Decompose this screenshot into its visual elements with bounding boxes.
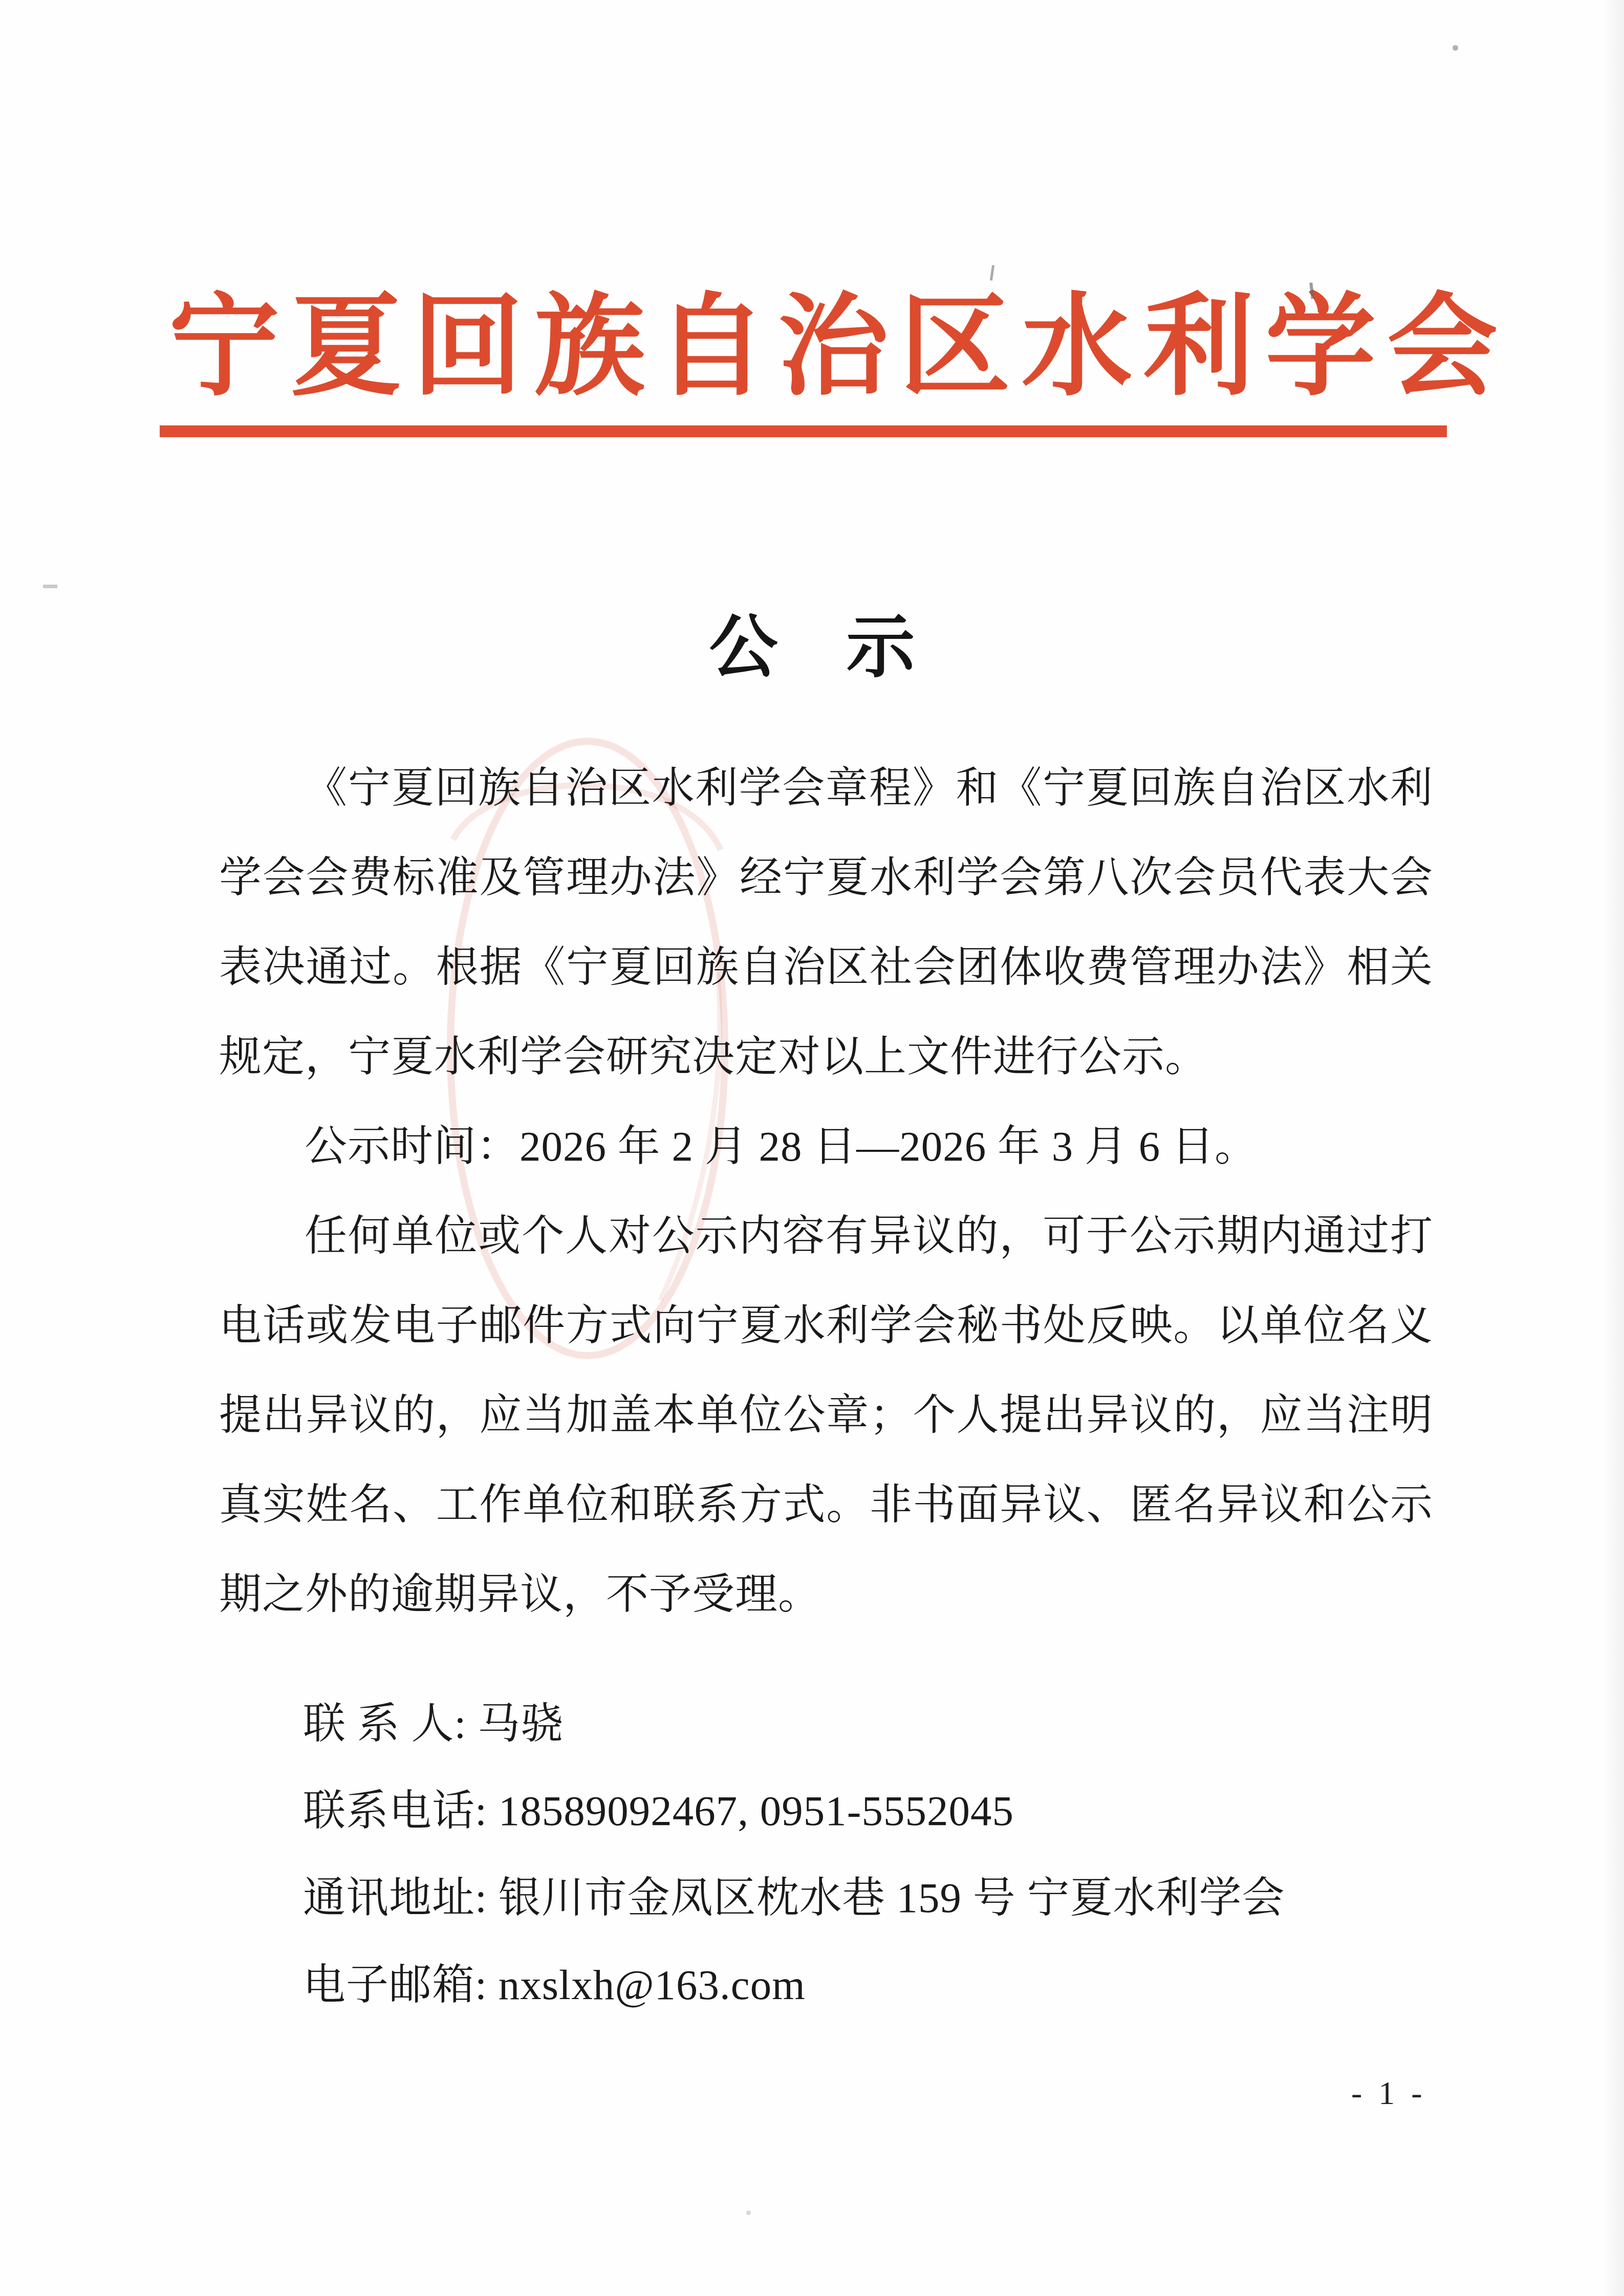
letterhead-org-name: 宁夏回族自治区水利学会 — [169, 287, 1456, 409]
body-line: 《宁夏回族自治区水利学会章程》和《宁夏回族自治区水利 — [219, 743, 1433, 833]
contact-phone-line: 联系电话: 18589092467, 0951-5552045 — [303, 1767, 1429, 1854]
body-line-publicity-period: 公示时间：2026 年 2 月 28 日—2026 年 3 月 6 日。 — [219, 1102, 1433, 1191]
contact-email-line: 电子邮箱: nxslxh@163.com — [303, 1941, 1429, 2028]
letterhead-rule — [160, 425, 1447, 437]
scan-speck — [43, 585, 57, 588]
body-line: 表决通过。根据《宁夏回族自治区社会团体收费管理办法》相关 — [219, 922, 1433, 1012]
body-line: 任何单位或个人对公示内容有异议的，可于公示期内通过打 — [219, 1191, 1433, 1281]
contact-address-line: 通讯地址: 银川市金凤区枕水巷 159 号 宁夏水利学会 — [303, 1854, 1429, 1941]
notice-body: 《宁夏回族自治区水利学会章程》和《宁夏回族自治区水利 学会会费标准及管理办法》经… — [219, 743, 1433, 1639]
body-line: 期之外的逾期异议，不予受理。 — [219, 1550, 1433, 1639]
scan-speck — [1453, 45, 1458, 51]
body-line: 学会会费标准及管理办法》经宁夏水利学会第八次会员代表大会 — [219, 833, 1433, 922]
contact-info: 联 系 人: 马骁 联系电话: 18589092467, 0951-555204… — [303, 1680, 1429, 2028]
letterhead: 宁夏回族自治区水利学会 — [169, 287, 1456, 409]
body-line: 提出异议的，应当加盖本单位公章；个人提出异议的，应当注明 — [219, 1370, 1433, 1460]
scanned-notice-page: 宁夏回族自治区水利学会 公 示 《宁夏回族自治区水利学会章程》和《宁夏回族自治区… — [0, 0, 1624, 2296]
scan-edge-shading — [1603, 0, 1624, 2296]
notice-title: 公 示 — [0, 603, 1624, 692]
scan-speck — [990, 265, 994, 281]
body-line: 规定，宁夏水利学会研究决定对以上文件进行公示。 — [219, 1012, 1433, 1102]
contact-person-line: 联 系 人: 马骁 — [303, 1680, 1429, 1767]
body-line: 真实姓名、工作单位和联系方式。非书面异议、匿名异议和公示 — [219, 1460, 1433, 1550]
scan-speck — [746, 2211, 751, 2215]
page-number: - 1 - — [1351, 2074, 1426, 2112]
body-line: 电话或发电子邮件方式向宁夏水利学会秘书处反映。以单位名义 — [219, 1281, 1433, 1370]
